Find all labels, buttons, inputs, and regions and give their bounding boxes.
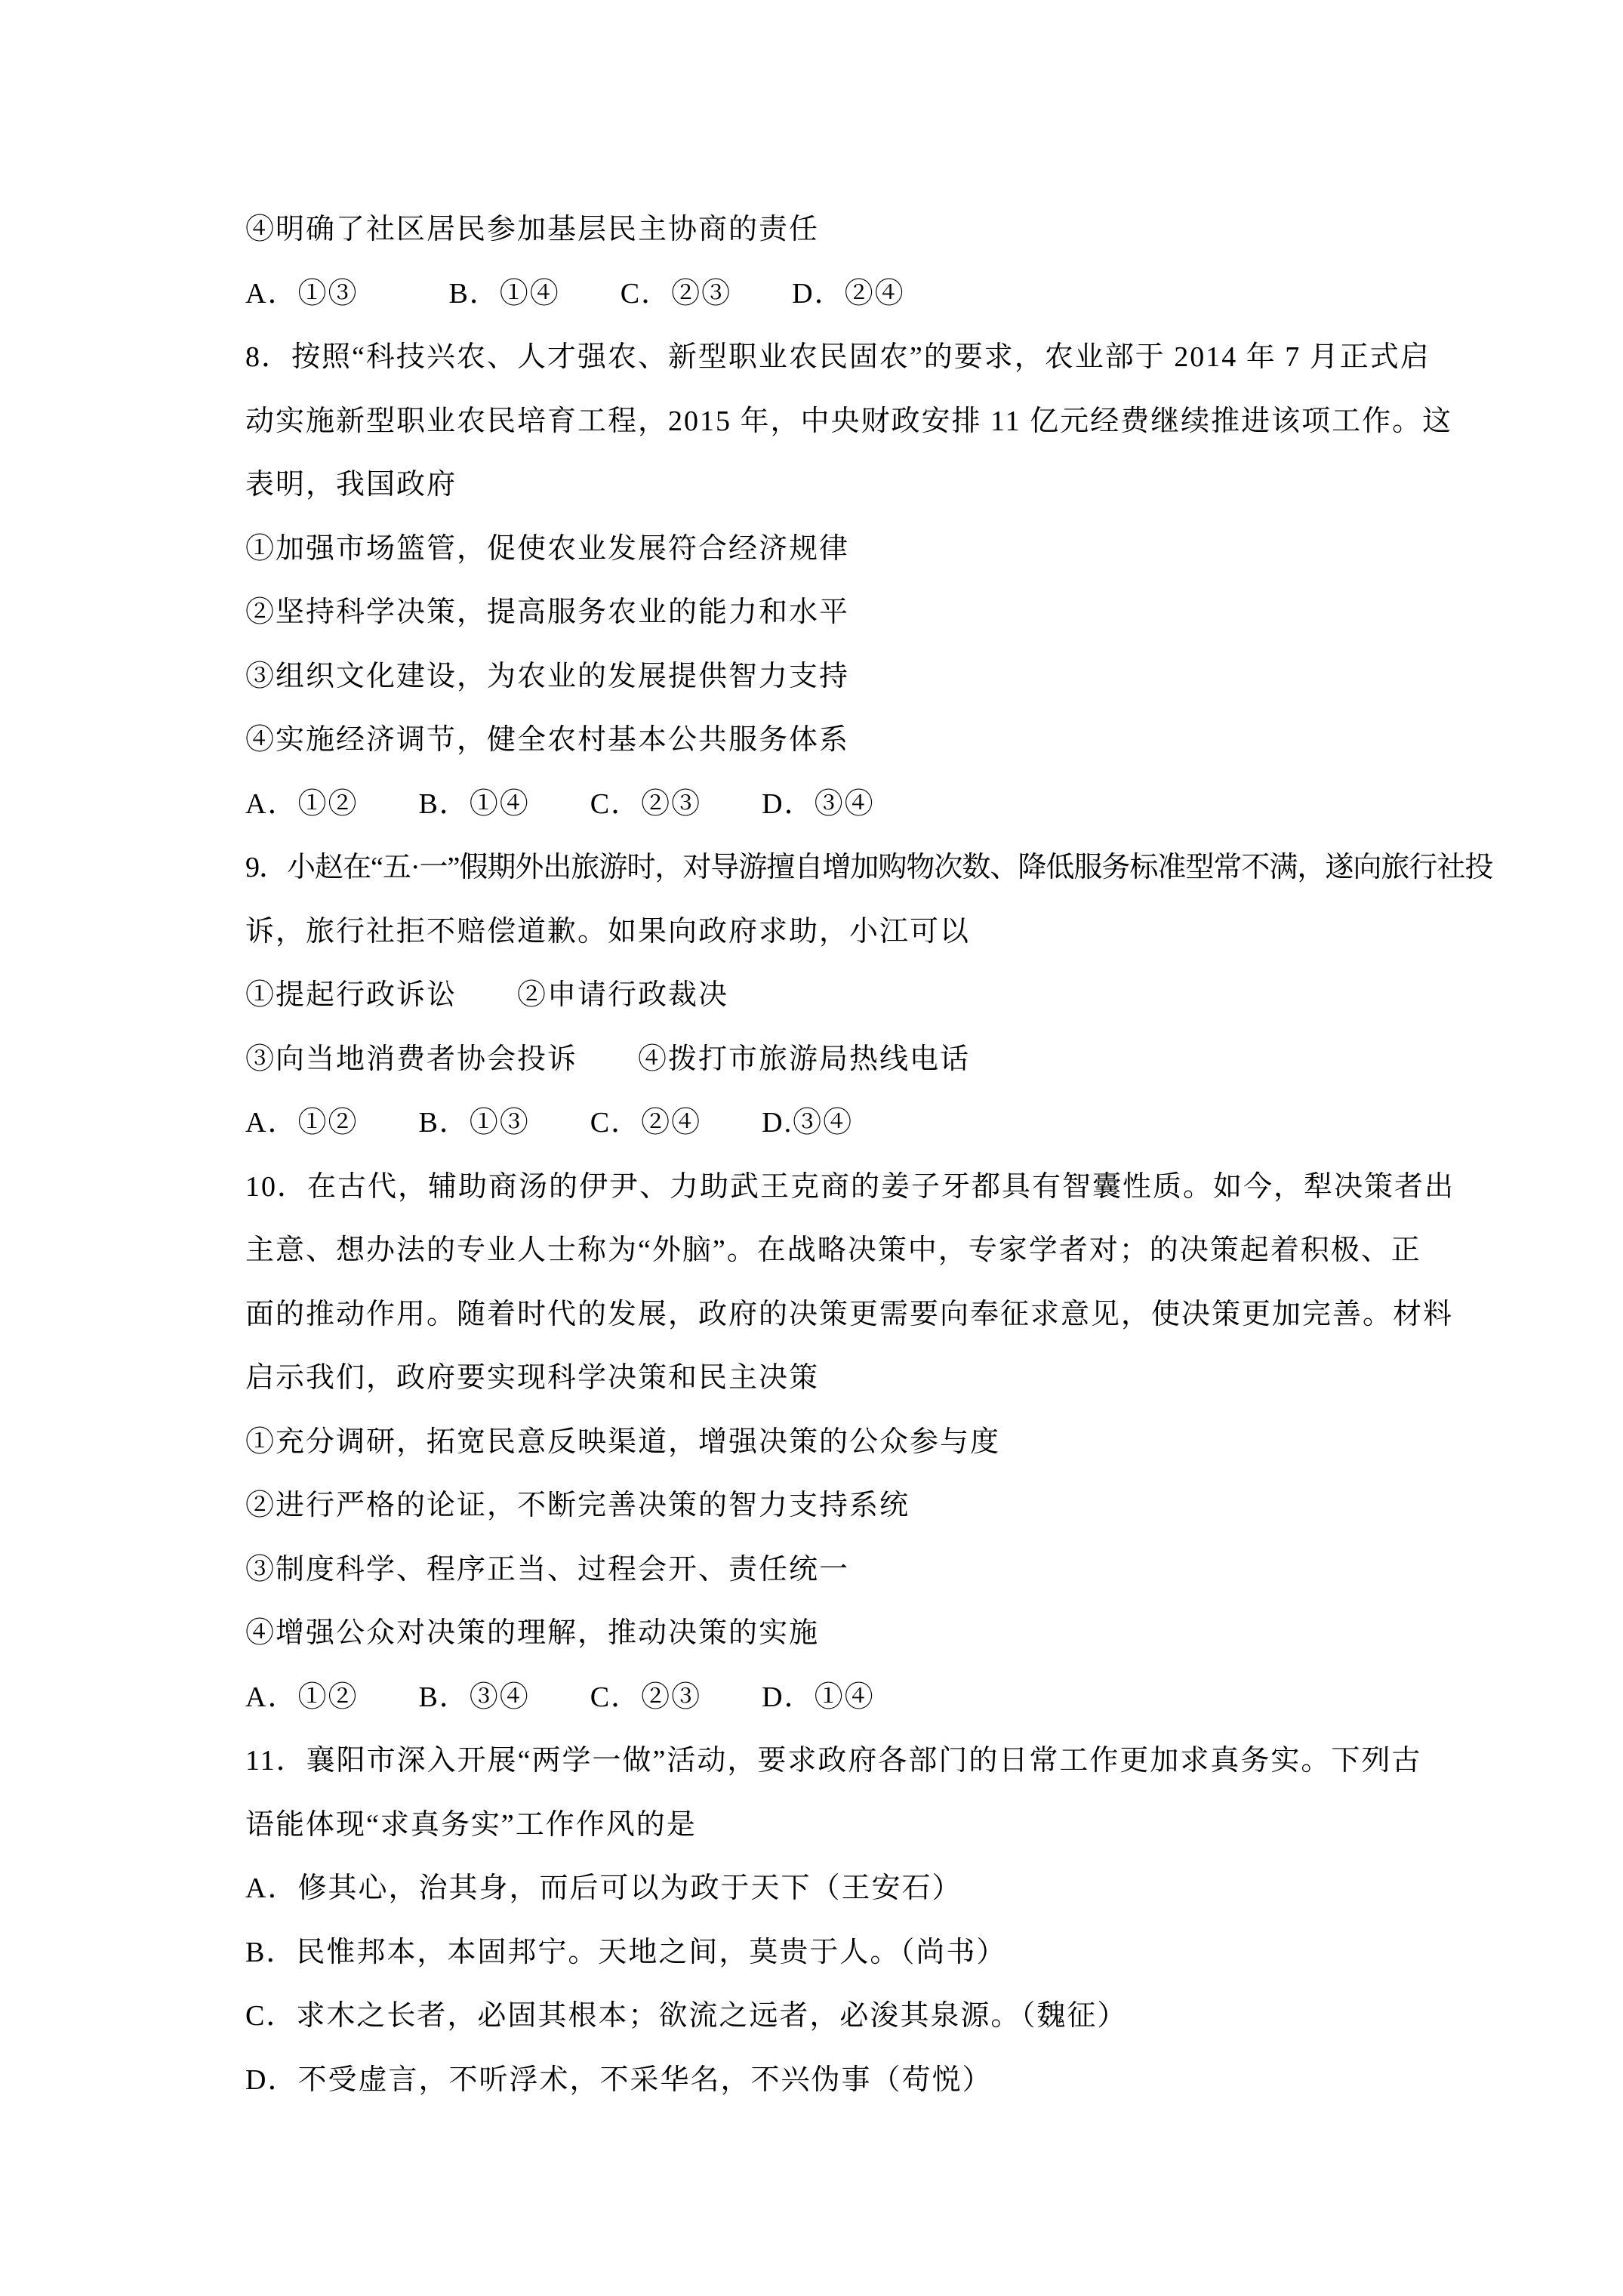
- q10-item-3: ③制度科学、程序正当、过程会开、责任统一: [245, 1538, 1597, 1602]
- q11-choice-d: D．不受虚言，不听浮术，不采华名，不兴伪事（苟悦）: [245, 2048, 1597, 2113]
- q9-items-line-1: ①提起行政诉讼 ②申请行政裁决: [245, 963, 1597, 1028]
- q11-stem-line-2: 语能体现“求真务实”工作作风的是: [245, 1793, 1597, 1857]
- q10-stem-line-2: 主意、想办法的专业人士称为“外脑”。在战略决策中，专家学者对；的决策起着积极、正: [245, 1219, 1597, 1283]
- q10-item-1: ①充分调研，拓宽民意反映渠道，增强决策的公众参与度: [245, 1410, 1597, 1475]
- q10-stem-line-1: 10．在古代，辅助商汤的伊尹、力助武王克商的姜子牙都具有智囊性质。如今，犁决策者…: [245, 1155, 1597, 1219]
- q8-item-3: ③组织文化建设，为农业的发展提供智力支持: [245, 645, 1597, 709]
- q10-item-4: ④增强公众对决策的理解，推动决策的实施: [245, 1601, 1597, 1666]
- q7-options-line: A．①③ B．①④ C．②③ D．②④: [245, 262, 1597, 326]
- q8-item-2: ②坚持科学决策，提高服务农业的能力和水平: [245, 581, 1597, 645]
- q8-stem-line-3: 表明，我国政府: [245, 453, 1597, 517]
- q10-stem-line-4: 启示我们，政府要实现科学决策和民主决策: [245, 1346, 1597, 1410]
- q11-choice-a: A．修其心，治其身，而后可以为政于天下（王安石）: [245, 1857, 1597, 1921]
- q9-stem-line-1: 9．小赵在“五·一”假期外出旅游时，对导游擅自增加购物次数、降低服务标准型常不满…: [245, 836, 1597, 900]
- q8-stem-line-1: 8．按照“科技兴农、人才强农、新型职业农民固农”的要求，农业部于 2014 年 …: [245, 325, 1597, 390]
- q10-options-line: A．①② B．③④ C．②③ D．①④: [245, 1666, 1597, 1730]
- q10-stem-line-3: 面的推动作用。随着时代的发展，政府的决策更需要向奉征求意见，使决策更加完善。材料: [245, 1283, 1597, 1347]
- q8-item-4: ④实施经济调节，健全农村基本公共服务体系: [245, 708, 1597, 772]
- q9-items-line-2: ③向当地消费者协会投诉 ④拨打市旅游局热线电话: [245, 1028, 1597, 1092]
- q11-choice-b: B．民惟邦本，本固邦宁。天地之间，莫贵于人。（尚书）: [245, 1921, 1597, 1985]
- q11-choice-c: C．求木之长者，必固其根本；欲流之远者，必浚其泉源。（魏征）: [245, 1984, 1597, 2048]
- q9-options-line: A．①② B．①③ C．②④ D.③④: [245, 1091, 1597, 1155]
- q9-stem-line-2: 诉，旅行社拒不赔偿道歉。如果向政府求助，小江可以: [245, 900, 1597, 964]
- q8-stem-line-2: 动实施新型职业农民培育工程，2015 年，中央财政安排 11 亿元经费继续推进该…: [245, 390, 1597, 454]
- q10-item-2: ②进行严格的论证，不断完善决策的智力支持系统: [245, 1474, 1597, 1538]
- q11-stem-line-1: 11．襄阳市深入开展“两学一做”活动，要求政府各部门的日常工作更加求真务实。下列…: [245, 1729, 1597, 1793]
- q8-options-line: A．①② B．①④ C．②③ D．③④: [245, 772, 1597, 837]
- q8-item-1: ①加强市场篮管，促使农业发展符合经济规律: [245, 517, 1597, 581]
- exam-document-page: ④明确了社区居民参加基层民主协商的责任 A．①③ B．①④ C．②③ D．②④ …: [245, 198, 1597, 2112]
- q7-item-4: ④明确了社区居民参加基层民主协商的责任: [245, 198, 1597, 262]
